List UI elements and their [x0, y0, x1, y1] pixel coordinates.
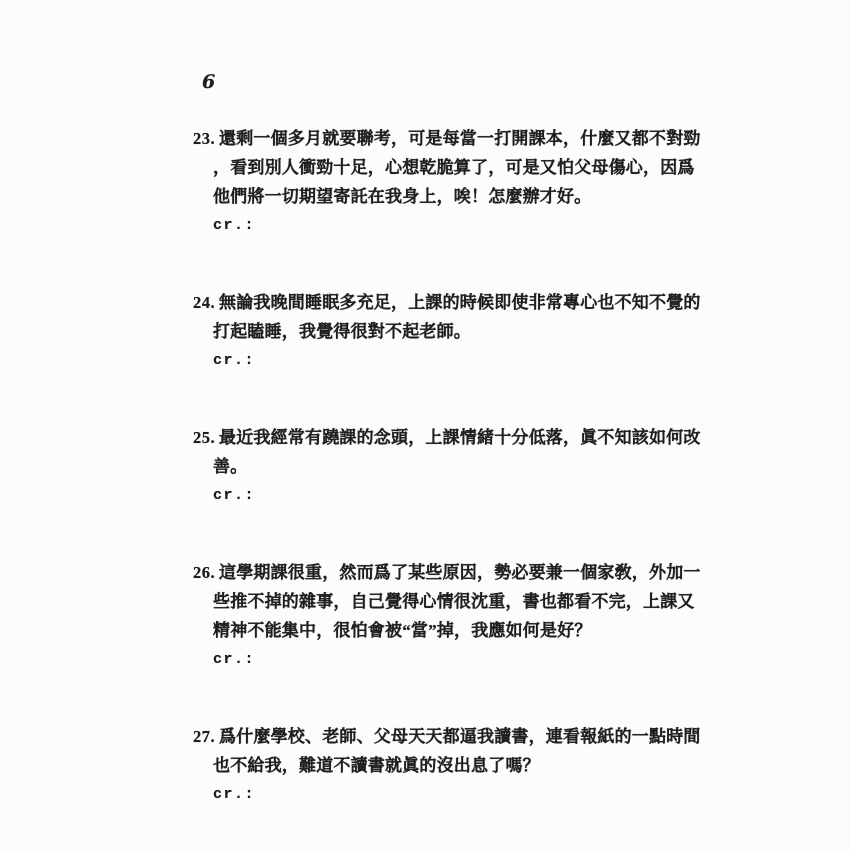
question-number: 25.	[193, 423, 215, 452]
question-item: 24.無論我晚間睡眠多充足，上課的時候即使非常專心也不知不覺的打起瞌睡，我覺得很…	[193, 288, 713, 375]
page-number: 6	[202, 71, 216, 93]
question-line: 這學期課很重，然而爲了某些原因，勢必要兼一個家敎，外加一	[213, 558, 713, 587]
question-number: 26.	[193, 558, 215, 587]
cr-label: cr.:	[213, 780, 713, 809]
question-line: 也不給我，難道不讀書就眞的沒出息了嗎？	[213, 751, 713, 780]
question-item: 26.這學期課很重，然而爲了某些原因，勢必要兼一個家敎，外加一些推不掉的雜事，自…	[193, 558, 713, 674]
question-list: 23.還剩一個多月就要聯考，可是每當一打開課本，什麼又都不對勁，看到別人衝勁十足…	[193, 124, 713, 850]
question-number: 23.	[193, 124, 215, 153]
document-page: 6 23.還剩一個多月就要聯考，可是每當一打開課本，什麼又都不對勁，看到別人衝勁…	[0, 0, 850, 850]
question-item: 27.爲什麼學校、老師、父母天天都逼我讀書，連看報紙的一點時間也不給我，難道不讀…	[193, 722, 713, 809]
cr-label: cr.:	[213, 211, 713, 240]
question-line: ，看到別人衝勁十足，心想乾脆算了，可是又怕父母傷心，因爲	[213, 153, 713, 182]
question-line: 他們將一切期望寄託在我身上，唉！怎麼辦才好。	[213, 182, 713, 211]
question-number: 24.	[193, 288, 215, 317]
cr-label: cr.:	[213, 346, 713, 375]
question-line: 爲什麼學校、老師、父母天天都逼我讀書，連看報紙的一點時間	[213, 722, 713, 751]
question-line: 還剩一個多月就要聯考，可是每當一打開課本，什麼又都不對勁	[213, 124, 713, 153]
question-item: 25.最近我經常有蹺課的念頭，上課情緒十分低落，眞不知該如何改善。cr.:	[193, 423, 713, 510]
question-line: 精神不能集中，很怕會被“當”掉，我應如何是好？	[213, 616, 713, 645]
cr-label: cr.:	[213, 481, 713, 510]
question-line: 善。	[213, 452, 713, 481]
cr-label: cr.:	[213, 645, 713, 674]
question-item: 23.還剩一個多月就要聯考，可是每當一打開課本，什麼又都不對勁，看到別人衝勁十足…	[193, 124, 713, 240]
question-line: 打起瞌睡，我覺得很對不起老師。	[213, 317, 713, 346]
question-line: 些推不掉的雜事，自己覺得心情很沈重，書也都看不完，上課又	[213, 587, 713, 616]
question-line: 無論我晚間睡眠多充足，上課的時候即使非常專心也不知不覺的	[213, 288, 713, 317]
question-number: 27.	[193, 722, 215, 751]
question-line: 最近我經常有蹺課的念頭，上課情緒十分低落，眞不知該如何改	[213, 423, 713, 452]
